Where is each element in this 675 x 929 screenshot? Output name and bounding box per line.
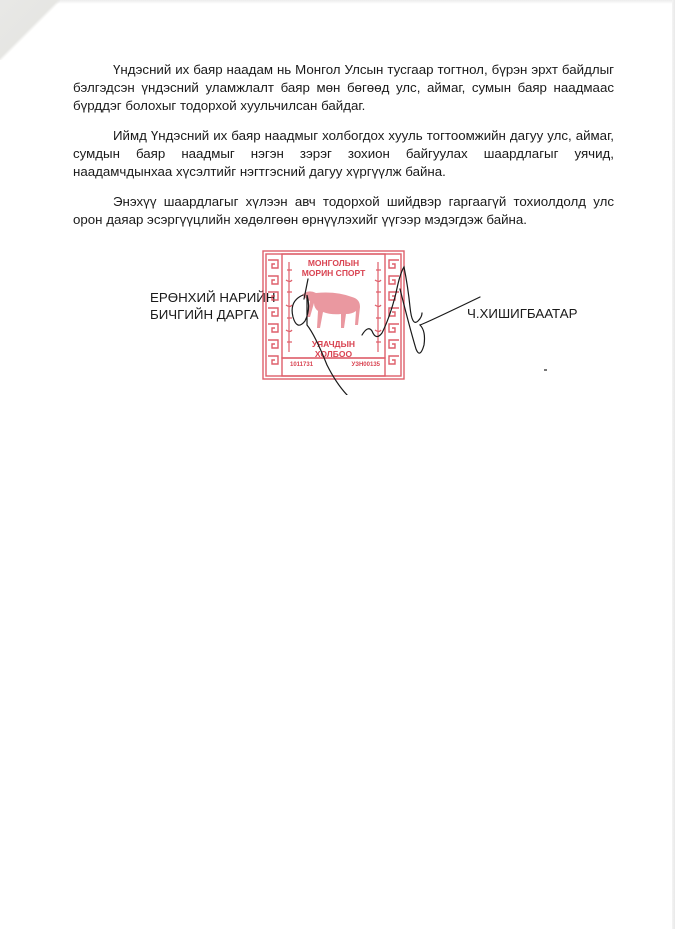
position-line-2: БИЧГИЙН ДАРГА — [150, 306, 275, 323]
signatory-position: ЕРӨНХИЙ НАРИЙН БИЧГИЙН ДАРГА — [150, 289, 275, 323]
paragraph-1: Үндэсний их баяр наадам нь Монгол Улсын … — [73, 61, 614, 115]
paragraph-3: Энэхүү шаардлагыг хүлээн авч тодорхой ши… — [73, 193, 614, 229]
signatory-name: Ч.ХИШИГБААТАР — [467, 305, 577, 322]
position-line-1: ЕРӨНХИЙ НАРИЙН — [150, 289, 275, 306]
handwritten-signature-icon — [270, 255, 490, 395]
scan-speck — [544, 369, 547, 371]
page-top-edge — [0, 0, 675, 4]
letter-body: Үндэсний их баяр наадам нь Монгол Улсын … — [73, 61, 614, 241]
folded-page-corner — [0, 0, 60, 60]
paragraph-2: Иймд Үндэсний их баяр наадмыг холбогдох … — [73, 127, 614, 181]
